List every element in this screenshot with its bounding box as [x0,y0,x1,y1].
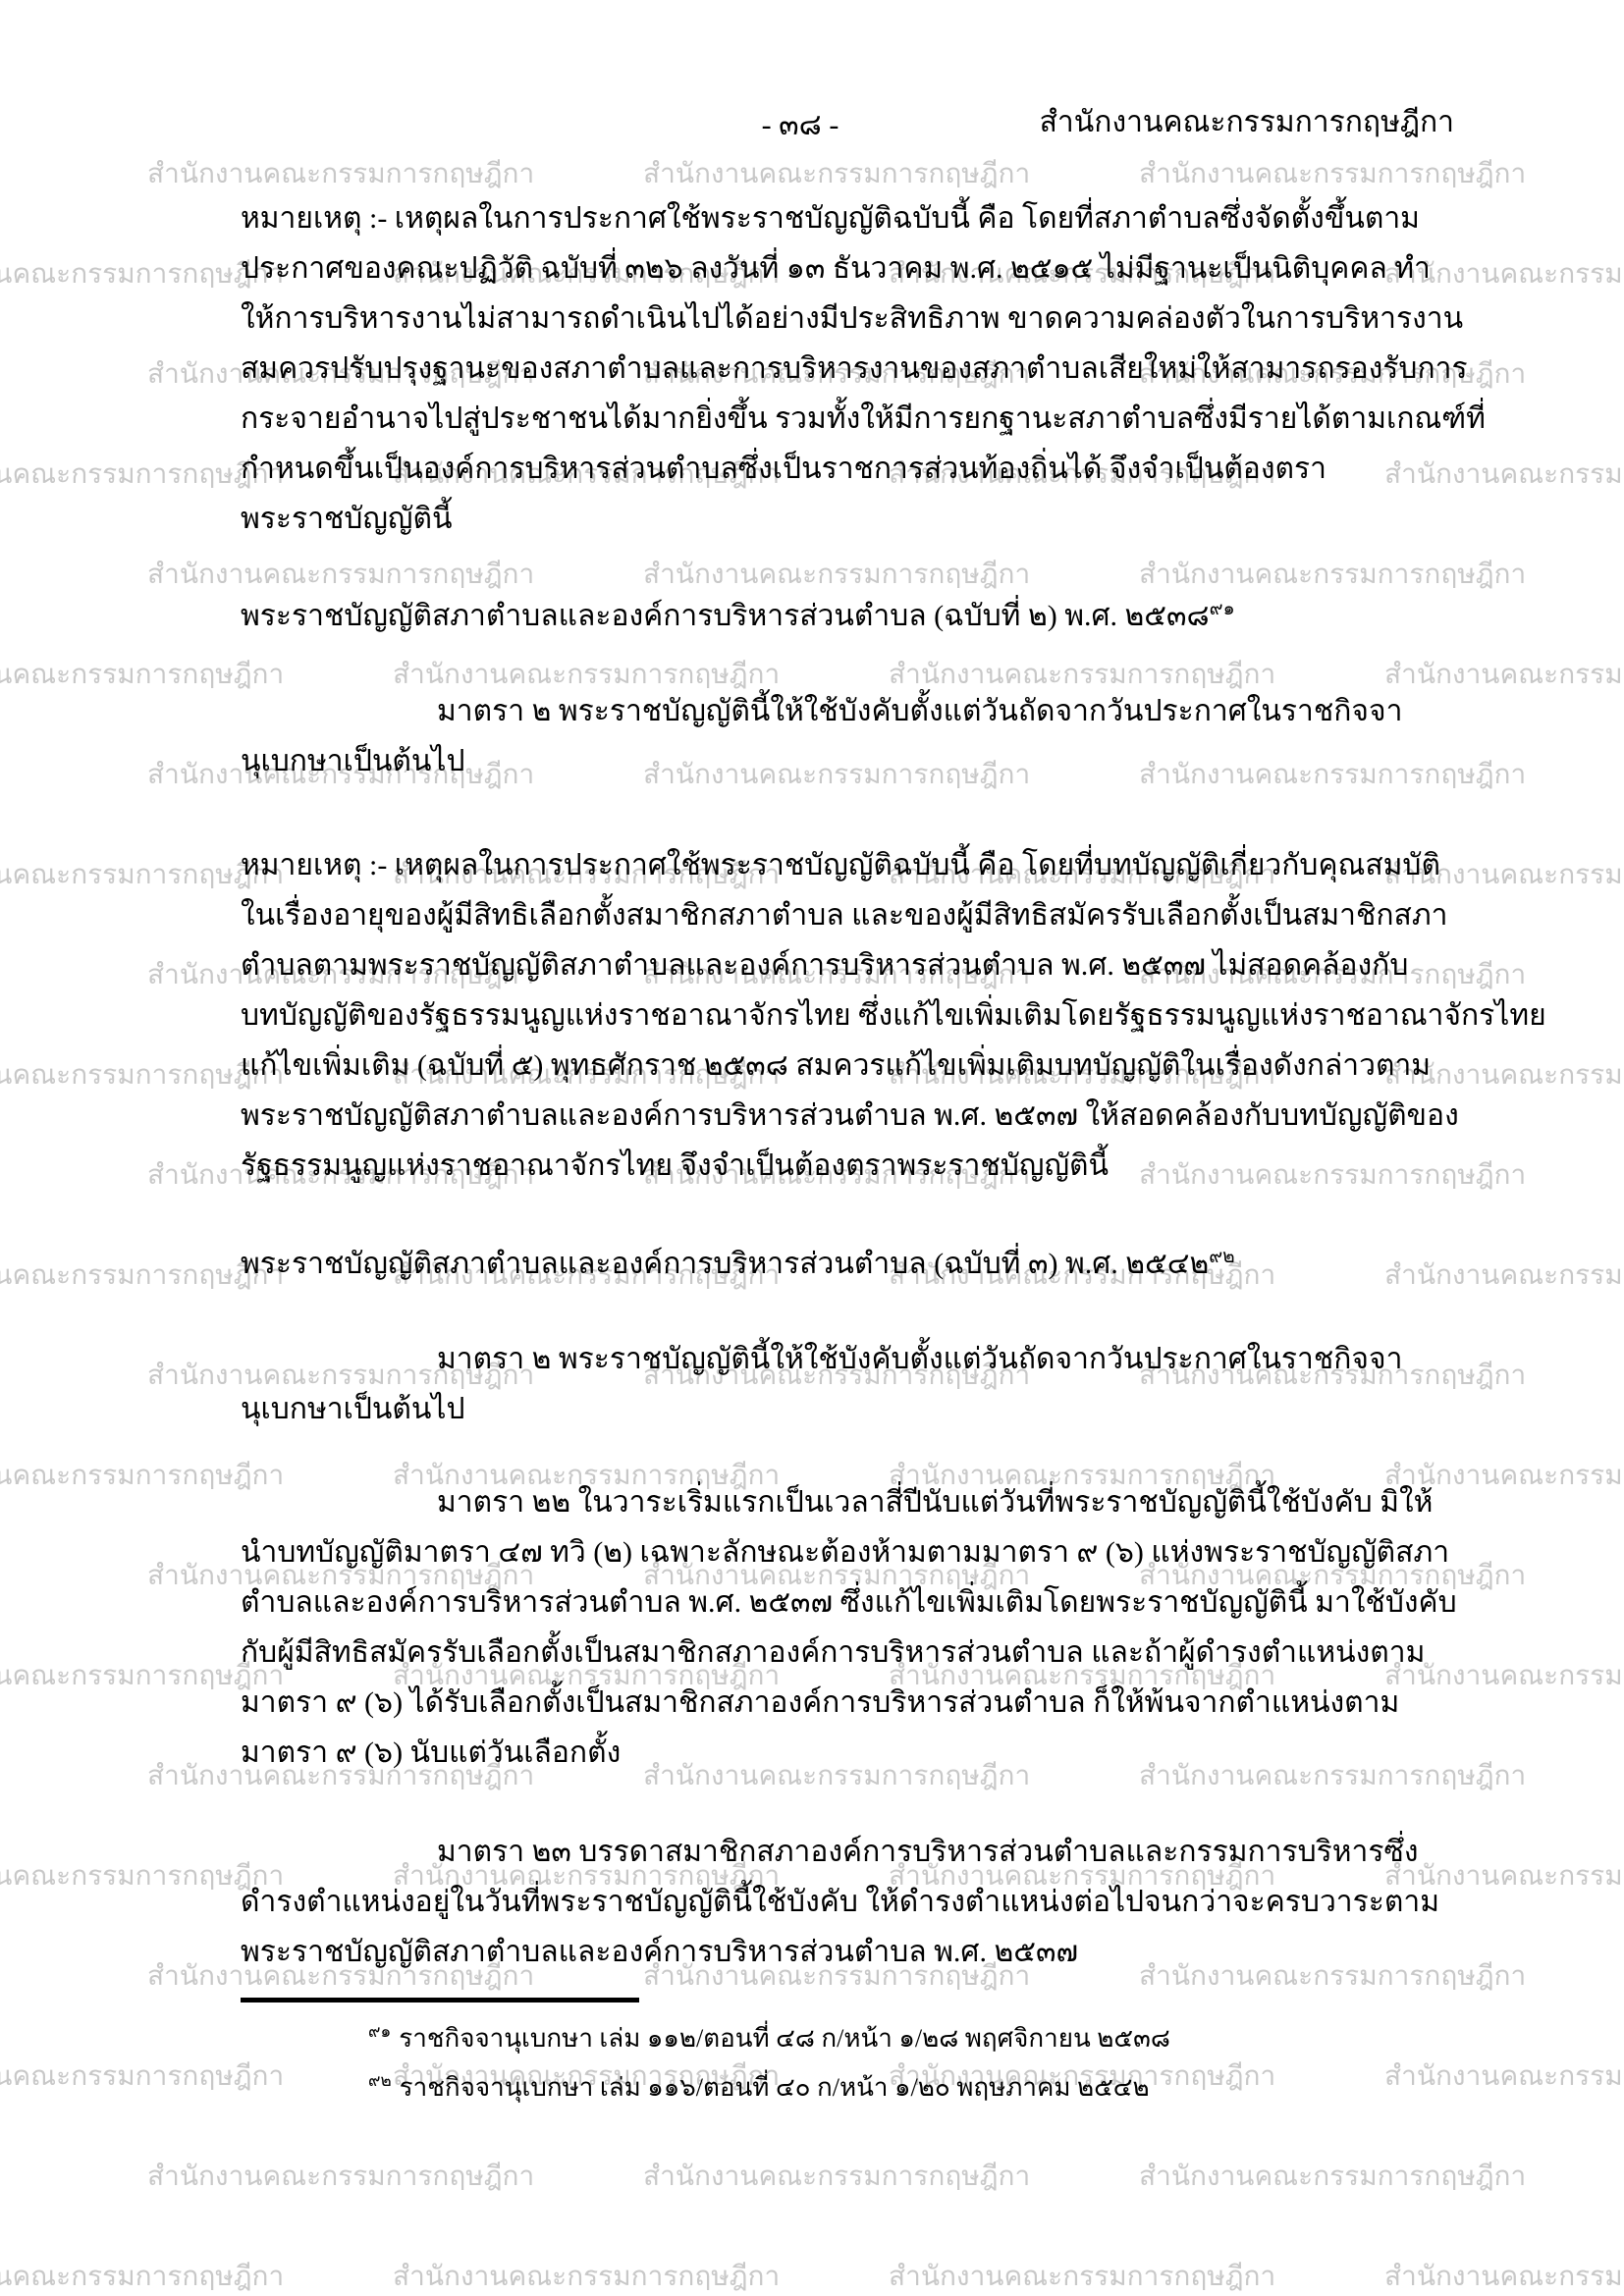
text-line: นุเบกษาเป็นต้นไป [241,736,1443,786]
act-title-2538: พระราชบัญญัติสภาตำบลและองค์การบริหารส่วน… [241,591,1443,641]
note-paragraph-act2: หมายเหตุ :- เหตุผลในการประกาศใช้พระราชบั… [241,193,1443,544]
text-line: ดำรงตำแหน่งอยู่ในวันที่พระราชบัญญัตินี้ใ… [241,1877,1443,1927]
section-2-act3: มาตรา ๒ พระราชบัญญัตินี้ให้ใช้บังคับตั้ง… [241,1334,1443,1434]
act-title-text: พระราชบัญญัติสภาตำบลและองค์การบริหารส่วน… [241,1248,1209,1280]
page-number: - ๓๘ - [727,106,874,145]
text-line: กระจายอำนาจไปสู่ประชาชนได้มากยิ่งขึ้น รว… [241,394,1443,444]
text-line: แก้ไขเพิ่มเติม (ฉบับที่ ๕) พุทธศักราช ๒๕… [241,1041,1443,1091]
document-page: สำนักงานคณะกรรมการกฤษฎีกาสำนักงานคณะกรรม… [0,0,1624,2296]
text-line: มาตรา ๒ พระราชบัญญัตินี้ให้ใช้บังคับตั้ง… [241,686,1443,736]
text-line: สมควรปรับปรุงฐานะของสภาตำบลและการบริหารง… [241,344,1443,394]
text-line: พระราชบัญญัติสภาตำบลและองค์การบริหารส่วน… [241,1927,1443,1977]
header-organization: สำนักงานคณะกรรมการกฤษฎีกา [1040,101,1454,144]
footnote-91: ๙๑ราชกิจจานุเบกษา เล่ม ๑๑๒/ตอนที่ ๔๘ ก/ห… [368,2014,1170,2063]
text-line: หมายเหตุ :- เหตุผลในการประกาศใช้พระราชบั… [241,840,1443,890]
footnote-ref-91: ๙๑ [1210,599,1235,619]
text-line: หมายเหตุ :- เหตุผลในการประกาศใช้พระราชบั… [241,193,1443,243]
text-line: ตำบลและองค์การบริหารส่วนตำบล พ.ศ. ๒๕๓๗ ซ… [241,1577,1443,1628]
footnote-text: ราชกิจจานุเบกษา เล่ม ๑๑๖/ตอนที่ ๔๐ ก/หน้… [400,2073,1150,2102]
section-23: มาตรา ๒๓ บรรดาสมาชิกสภาองค์การบริหารส่วน… [241,1827,1443,1977]
act-title-text: พระราชบัญญัติสภาตำบลและองค์การบริหารส่วน… [241,600,1210,632]
text-line: ประกาศของคณะปฏิวัติ ฉบับที่ ๓๒๖ ลงวันที่… [241,243,1443,294]
footnote-number: ๙๒ [368,2071,392,2090]
text-line: บทบัญญัติของรัฐธรรมนูญแห่งราชอาณาจักรไทย… [241,990,1443,1041]
text-line: รัฐธรรมนูญแห่งราชอาณาจักรไทย จึงจำเป็นต้… [241,1141,1443,1191]
text-line: ตำบลตามพระราชบัญญัติสภาตำบลและองค์การบริ… [241,940,1443,990]
text-line: ให้การบริหารงานไม่สามารถดำเนินไปได้อย่าง… [241,294,1443,344]
footnote-92: ๙๒ราชกิจจานุเบกษา เล่ม ๑๑๖/ตอนที่ ๔๐ ก/ห… [368,2063,1170,2112]
text-line: พระราชบัญญัตินี้ [241,494,1443,544]
footnotes: ๙๑ราชกิจจานุเบกษา เล่ม ๑๑๒/ตอนที่ ๔๘ ก/ห… [368,2014,1170,2112]
footnote-number: ๙๑ [368,2022,391,2041]
text-line: มาตรา ๒๒ ในวาระเริ่มแรกเป็นเวลาสี่ปีนับแ… [241,1477,1443,1527]
document-content: - ๓๘ - สำนักงานคณะกรรมการกฤษฎีกา หมายเหต… [0,0,1624,2296]
text-line: มาตรา ๒๓ บรรดาสมาชิกสภาองค์การบริหารส่วน… [241,1827,1443,1877]
text-line: มาตรา ๙ (๖) นับแต่วันเลือกตั้ง [241,1728,1443,1778]
text-line: มาตรา ๙ (๖) ได้รับเลือกตั้งเป็นสมาชิกสภา… [241,1678,1443,1728]
text-line: นำบทบัญญัติมาตรา ๔๗ ทวิ (๒) เฉพาะลักษณะต… [241,1527,1443,1577]
text-line: ในเรื่องอายุของผู้มีสิทธิเลือกตั้งสมาชิก… [241,890,1443,940]
text-line: มาตรา ๒ พระราชบัญญัตินี้ให้ใช้บังคับตั้ง… [241,1334,1443,1384]
text-line: พระราชบัญญัติสภาตำบลและองค์การบริหารส่วน… [241,1091,1443,1141]
footnote-text: ราชกิจจานุเบกษา เล่ม ๑๑๒/ตอนที่ ๔๘ ก/หน้… [399,2024,1170,2053]
section-2-act2: มาตรา ๒ พระราชบัญญัตินี้ให้ใช้บังคับตั้ง… [241,686,1443,786]
act-title-2542: พระราชบัญญัติสภาตำบลและองค์การบริหารส่วน… [241,1239,1443,1289]
note-paragraph-act3: หมายเหตุ :- เหตุผลในการประกาศใช้พระราชบั… [241,840,1443,1191]
text-line: นุเบกษาเป็นต้นไป [241,1384,1443,1434]
footnote-separator [241,1998,639,2002]
text-line: กำหนดขึ้นเป็นองค์การบริหารส่วนตำบลซึ่งเป… [241,444,1443,494]
text-line: กับผู้มีสิทธิสมัครรับเลือกตั้งเป็นสมาชิก… [241,1628,1443,1678]
section-22: มาตรา ๒๒ ในวาระเริ่มแรกเป็นเวลาสี่ปีนับแ… [241,1477,1443,1778]
footnote-ref-92: ๙๒ [1209,1247,1234,1267]
